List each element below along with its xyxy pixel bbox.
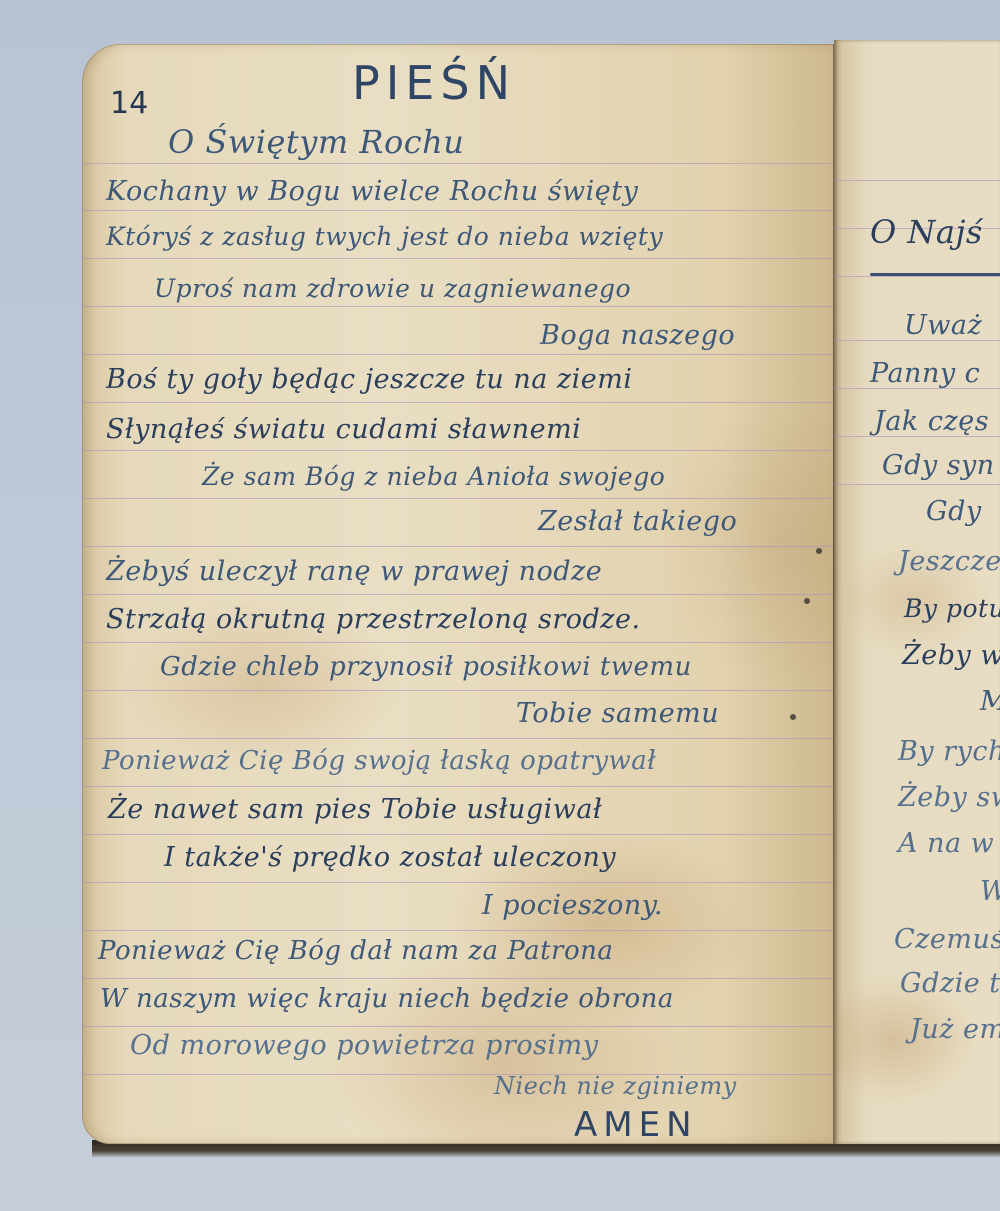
verse-line: Od morowego powietrza prosimy: [130, 1032, 598, 1059]
ruled-line: [82, 594, 834, 595]
right-song-title-fragment: O Najś: [870, 216, 983, 248]
verse-line: Strzałą okrutną przestrzeloną srodze.: [106, 606, 641, 633]
ruled-line: [834, 180, 1000, 181]
ruled-line: [82, 258, 834, 259]
right-verse-fragment: Już em: [910, 1016, 1000, 1043]
ruled-line: [82, 546, 834, 547]
right-verse-fragment: Jeszcze: [898, 548, 1000, 575]
song-title: PIEŚŃ: [352, 60, 516, 106]
ruled-line: [834, 484, 1000, 485]
ruled-line: [82, 498, 834, 499]
verse-line: Boga naszego: [540, 322, 735, 349]
right-verse-fragment: Gdy syn: [882, 452, 995, 479]
ruled-line: [82, 210, 834, 211]
title-underline: [870, 273, 1000, 276]
ruled-line: [82, 978, 834, 979]
left-page: 14 PIEŚŃ O Świętym Rochu Kochany w Bogu …: [82, 44, 834, 1144]
ruled-line: [82, 450, 834, 451]
verse-line: Boś ty goły będąc jeszcze tu na ziemi: [106, 366, 633, 393]
verse-line: Kochany w Bogu wielce Rochu święty: [106, 178, 638, 205]
right-verse-fragment: A na w: [898, 830, 994, 857]
verse-line: Żebyś uleczył ranę w prawej nodze: [106, 558, 602, 585]
ink-spot: [790, 714, 796, 720]
verse-line: Ponieważ Cię Bóg dał nam za Patrona: [98, 938, 613, 964]
ruled-line: [82, 306, 834, 307]
verse-line: Niech nie zginiemy: [494, 1074, 737, 1098]
ruled-line: [834, 276, 1000, 277]
verse-line: Uproś nam zdrowie u zagniewanego: [154, 276, 631, 301]
ink-spot: [816, 548, 822, 554]
right-verse-fragment: Żeby sw: [898, 784, 1000, 811]
ruled-line: [82, 1026, 834, 1027]
ruled-line: [82, 930, 834, 931]
right-verse-fragment: W: [980, 878, 1000, 905]
verse-line: Gdzie chleb przynosił posiłkowi twemu: [160, 654, 692, 680]
ruled-line: [82, 882, 834, 883]
ink-spot: [804, 598, 810, 604]
ruled-line: [82, 738, 834, 739]
song-subtitle: O Świętym Rochu: [168, 126, 464, 158]
right-verse-fragment: M: [980, 688, 1000, 715]
right-verse-fragment: By potu: [904, 596, 1000, 621]
right-verse-fragment: By rych: [898, 738, 1000, 765]
page-number: 14: [110, 86, 148, 121]
verse-line: Tobie samemu: [516, 700, 719, 727]
ruled-line: [82, 834, 834, 835]
verse-line: Ponieważ Cię Bóg swoją łaską opatrywał: [102, 748, 656, 774]
verse-line: Zesłał takiego: [538, 508, 737, 535]
verse-line: I także'ś prędko został uleczony: [164, 844, 616, 871]
right-verse-fragment: Gdy: [926, 498, 982, 525]
right-verse-fragment: Żeby w: [902, 642, 1000, 669]
ruled-line: [82, 402, 834, 403]
verse-line: Że sam Bóg z nieba Anioła swojego: [202, 464, 665, 489]
right-verse-fragment: Gdzie t: [900, 970, 1000, 997]
verse-line: Słynąłeś światu cudami sławnemi: [106, 416, 581, 443]
verse-line: Któryś z zasług twych jest do nieba wzię…: [106, 224, 663, 249]
verse-line: I pocieszony.: [482, 892, 663, 919]
amen-text: AMEN: [574, 1108, 698, 1142]
verse-line: Że nawet sam pies Tobie usługiwał: [108, 796, 602, 823]
verse-line: W naszym więc kraju niech będzie obrona: [100, 986, 674, 1012]
ruled-line: [82, 786, 834, 787]
ruled-line: [82, 354, 834, 355]
right-verse-fragment: Uważ: [904, 312, 982, 339]
right-page: O Najś Uważ Panny c Jak częs Gdy syn Gdy…: [834, 40, 1000, 1144]
ruled-line: [82, 642, 834, 643]
right-verse-fragment: Panny c: [870, 360, 980, 387]
right-verse-fragment: Jak częs: [874, 408, 989, 435]
ruled-line: [82, 163, 834, 164]
ruled-line: [82, 690, 834, 691]
right-verse-fragment: Czemuś: [894, 926, 1000, 953]
